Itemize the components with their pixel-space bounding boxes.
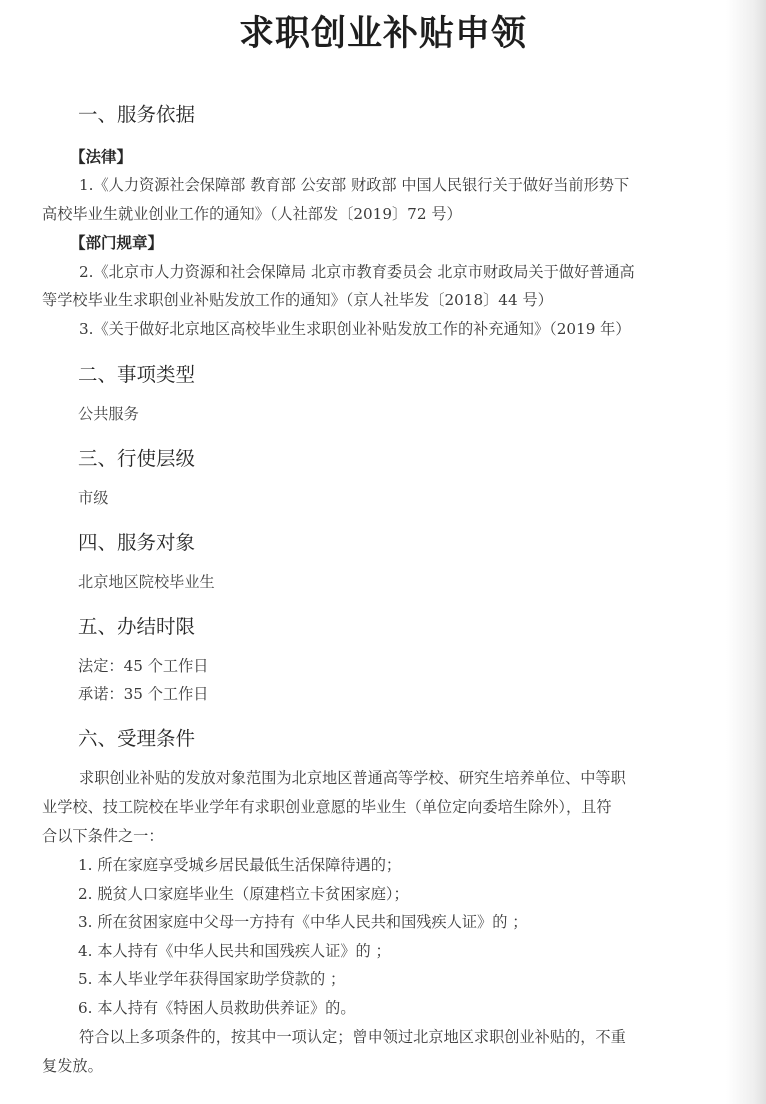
conditions-intro-line-1: 求职创业补贴的发放对象范围为北京地区普通高等学校、研究生培养单位、中等职 bbox=[79, 767, 626, 789]
basis-item-3-line-1: 3.《关于做好北京地区高校毕业生求职创业补贴发放工作的补充通知》（2019 年） bbox=[79, 318, 631, 340]
time-limit-statutory: 法定：45 个工作日 bbox=[78, 655, 208, 677]
condition-item-2: 2. 脱贫人口家庭毕业生（原建档立卡贫困家庭）； bbox=[78, 883, 409, 905]
conditions-closing-line-2: 复发放。 bbox=[42, 1055, 103, 1077]
conditions-closing-line-1: 符合以上多项条件的，按其中一项认定；曾申领过北京地区求职创业补贴的，不重 bbox=[79, 1026, 626, 1048]
condition-item-1: 1. 所在家庭享受城乡居民最低生活保障待遇的； bbox=[78, 854, 401, 876]
condition-item-5: 5. 本人毕业学年获得国家助学贷款的 ； bbox=[78, 968, 345, 990]
service-target-value: 北京地区院校毕业生 bbox=[78, 571, 215, 593]
basis-item-2-line-2: 等学校毕业生求职创业补贴发放工作的通知》（京人社毕发〔2018〕44 号） bbox=[42, 289, 553, 311]
conditions-intro-line-3: 合以下条件之一： bbox=[42, 825, 164, 847]
group-label-law: 【法律】 bbox=[70, 146, 132, 168]
time-limit-promised: 承诺：35 个工作日 bbox=[78, 683, 208, 705]
group-label-department-rules: 【部门规章】 bbox=[70, 232, 163, 254]
document-title: 求职创业补贴申领 bbox=[0, 10, 766, 58]
conditions-intro-line-2: 业学校、技工院校在毕业学年有求职创业意愿的毕业生（单位定向委培生除外），且符 bbox=[42, 796, 612, 818]
section-heading-service-target: 四、服务对象 bbox=[78, 530, 195, 556]
section-heading-exercise-level: 三、行使层级 bbox=[78, 446, 195, 472]
condition-item-3: 3. 所在贫困家庭中父母一方持有《中华人民共和国残疾人证》的 ； bbox=[78, 911, 527, 933]
section-heading-item-type: 二、事项类型 bbox=[78, 362, 195, 388]
item-type-value: 公共服务 bbox=[78, 403, 139, 425]
section-heading-acceptance-conditions: 六、受理条件 bbox=[78, 726, 195, 752]
section-heading-service-basis: 一、服务依据 bbox=[78, 102, 195, 128]
section-heading-time-limit: 五、办结时限 bbox=[78, 614, 195, 640]
basis-item-2-line-1: 2.《北京市人力资源和社会保障局 北京市教育委员会 北京市财政局关于做好普通高 bbox=[79, 261, 635, 283]
condition-item-6: 6. 本人持有《特困人员救助供养证》的。 bbox=[78, 997, 356, 1019]
basis-item-1-line-1: 1.《人力资源社会保障部 教育部 公安部 财政部 中国人民银行关于做好当前形势下 bbox=[79, 174, 629, 196]
exercise-level-value: 市级 bbox=[78, 487, 108, 509]
basis-item-1-line-2: 高校毕业生就业创业工作的通知》（人社部发〔2019〕72 号） bbox=[42, 203, 462, 225]
condition-item-4: 4. 本人持有《中华人民共和国残疾人证》的 ； bbox=[78, 940, 391, 962]
page-edge-shadow bbox=[726, 0, 766, 1104]
